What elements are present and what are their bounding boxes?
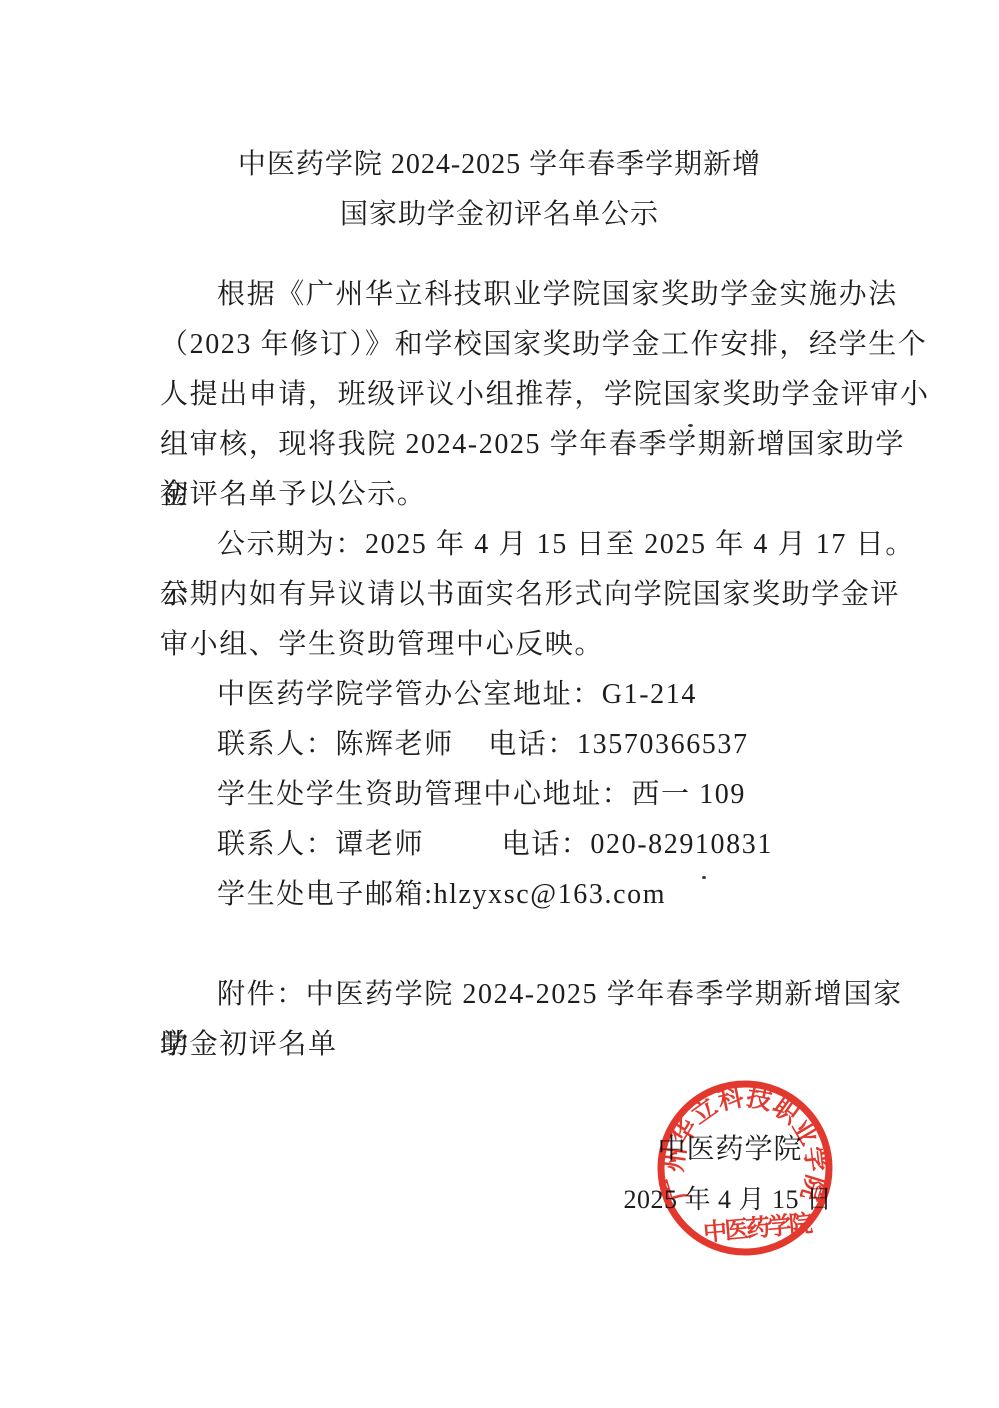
office-address-line: 中医药学院学管办公室地址：G1-214 (160, 670, 930, 720)
paragraph2-line: 公示期为：2025 年 4 月 15 日至 2025 年 4 月 17 日。公 (160, 520, 930, 570)
seal-bottom-text: 中医药学院 (702, 1210, 814, 1246)
paragraph1-line: 初评名单予以公示。 (160, 470, 930, 520)
contact-person-line: 联系人：谭老师 电话：020-82910831 (160, 820, 930, 870)
seal-ring-textpath: 广州华立科技职业学院 (661, 1083, 830, 1205)
paragraph1-line: （2023 年修订）》和学校国家奖助学金工作安排，经学生个 (160, 320, 930, 370)
aid-center-address-line: 学生处学生资助管理中心地址：西一 109 (160, 770, 930, 820)
official-seal: 广州华立科技职业学院 中医药学院 (630, 1055, 860, 1285)
document-title: 中医药学院 2024-2025 学年春季学期新增 国家助学金初评名单公示 (0, 140, 999, 240)
document-page: 中医药学院 2024-2025 学年春季学期新增 国家助学金初评名单公示 根据《… (0, 0, 999, 1408)
contact-person-line: 联系人：陈辉老师 电话：13570366537 (160, 720, 930, 770)
email-line: 学生处电子邮箱:hlzyxsc@163.com (160, 870, 930, 920)
seal-ring-text: 广州华立科技职业学院 (661, 1083, 830, 1205)
title-line-1: 中医药学院 2024-2025 学年春季学期新增 (0, 140, 999, 190)
title-line-2: 国家助学金初评名单公示 (0, 190, 999, 240)
attachment-line: 附件：中医药学院 2024-2025 学年春季学期新增国家助 (160, 970, 930, 1020)
paragraph1-line: 根据《广州华立科技职业学院国家奖助学金实施办法 (160, 270, 930, 320)
paragraph2-line: 示期内如有异议请以书面实名形式向学院国家奖助学金评 (160, 570, 930, 620)
paragraph2-line: 审小组、学生资助管理中心反映。 (160, 620, 930, 670)
scan-speck (702, 876, 706, 879)
scan-speck (688, 424, 693, 427)
paragraph1-line: 人提出申请，班级评议小组推荐，学院国家奖助学金评审小 (160, 370, 930, 420)
document-body: 根据《广州华立科技职业学院国家奖助学金实施办法 （2023 年修订）》和学校国家… (160, 270, 930, 920)
paragraph1-line: 组审核，现将我院 2024-2025 学年春季学期新增国家助学金 (160, 420, 930, 470)
